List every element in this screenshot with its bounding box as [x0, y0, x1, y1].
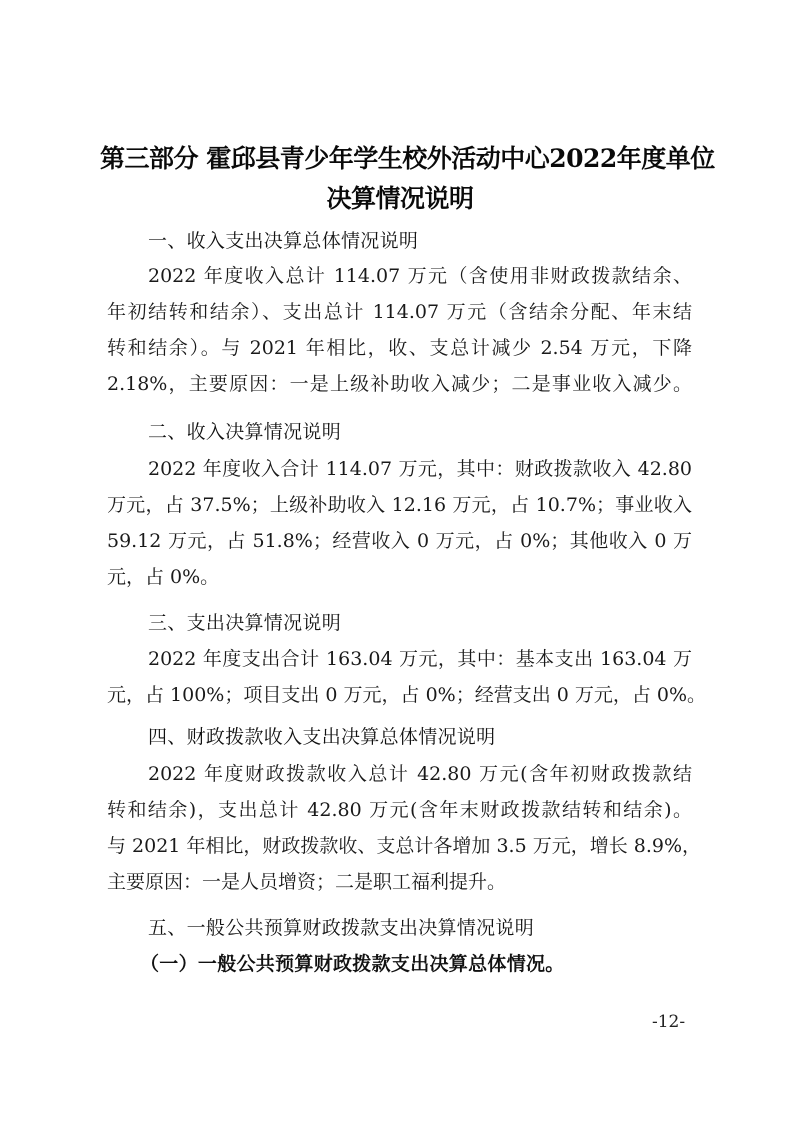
page-title-line-1: 第三部分 霍邱县青少年学生校外活动中心2022年度单位	[100, 140, 700, 178]
paragraph-line: 与 2021 年相比，财政拨款收、支总计各增加 3.5 万元，增长 8.9%，	[107, 832, 692, 860]
paragraph-line: 万元，占 37.5%；上级补助收入 12.16 万元，占 10.7%；事业收入	[107, 491, 692, 519]
paragraph-line: 2022 年度收入总计 114.07 万元（含使用非财政拨款结余、	[148, 262, 692, 290]
paragraph-line: 元，占 100%；项目支出 0 万元，占 0%；经营支出 0 万元，占 0%。	[107, 681, 692, 709]
paragraph-line: 2.18%，主要原因：一是上级补助收入减少；二是事业收入减少。	[107, 370, 692, 398]
paragraph-line: 2022 年度收入合计 114.07 万元，其中：财政拨款收入 42.80	[148, 455, 692, 483]
section-heading-income-expenditure-overview: 一、收入支出决算总体情况说明	[148, 227, 418, 255]
paragraph-line: 元，占 0%。	[107, 563, 219, 591]
paragraph-line: 转和结余）。与 2021 年相比，收、支总计减少 2.54 万元，下降	[107, 334, 692, 362]
paragraph-line: 59.12 万元，占 51.8%；经营收入 0 万元，占 0%；其他收入 0 万	[107, 527, 692, 555]
subsection-heading-overall: （一）一般公共预算财政拨款支出决算总体情况。	[140, 950, 565, 978]
section-heading-income: 二、收入决算情况说明	[148, 418, 341, 446]
section-heading-fiscal-appropriation: 四、财政拨款收入支出决算总体情况说明	[148, 723, 495, 751]
section-heading-general-public-budget: 五、一般公共预算财政拨款支出决算情况说明	[148, 914, 534, 942]
paragraph-line: 转和结余)，支出总计 42.80 万元(含年末财政拨款结转和结余)。	[107, 796, 692, 824]
paragraph-line: 2022 年度财政拨款收入总计 42.80 万元(含年初财政拨款结	[148, 760, 692, 788]
paragraph-line: 2022 年度支出合计 163.04 万元，其中：基本支出 163.04 万	[148, 645, 692, 673]
document-page: 第三部分 霍邱县青少年学生校外活动中心2022年度单位 决算情况说明 一、收入支…	[0, 0, 793, 1122]
paragraph-line: 主要原因：一是人员增资；二是职工福利提升。	[107, 868, 506, 896]
page-title-line-2: 决算情况说明	[100, 180, 700, 218]
paragraph-line: 年初结转和结余）、支出总计 114.07 万元（含结余分配、年末结	[107, 298, 692, 326]
section-heading-expenditure: 三、支出决算情况说明	[148, 609, 341, 637]
page-number: -12-	[652, 1010, 685, 1034]
